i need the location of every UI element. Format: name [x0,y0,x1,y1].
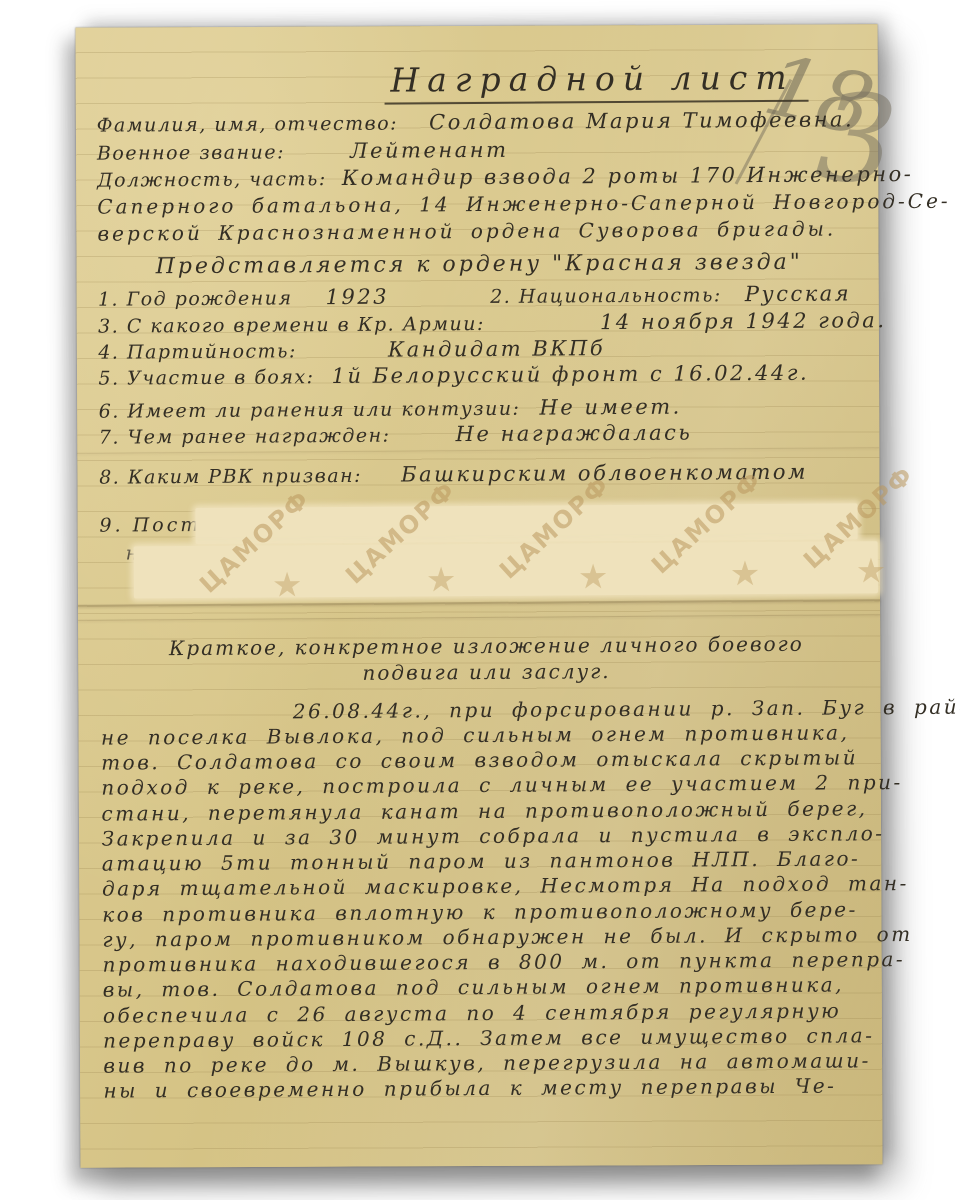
item-party: 4. Партийность: Кандидат ВКПб [98,334,870,363]
item-army-since: 3. С какого времени в Кр. Армии: 14 нояб… [98,308,870,337]
item-birth-nationality: 1. Год рождения 1923 2. Национальность: … [98,281,870,310]
paper-sheet: 18 3 Наградной лист Фамилия, имя, отчест… [76,24,883,1167]
citation-heading-line1: Краткое, конкретное изложение личного бо… [100,631,872,660]
citation-line: ны и своевременно прибыла к месту перепр… [103,1073,875,1102]
citation-line: вы, тов. Солдатова под сильным огнем про… [103,972,875,1001]
army-since-label: 3. С какого времени в Кр. Армии: [98,313,485,338]
position-value: Командир взвода 2 роты 170 Инженерно- [342,162,914,190]
item-combat: 5. Участие в боях: 1й Белорусский фронт … [98,360,870,389]
presented-for-award-line: Представляется к ордену "Красная звезда" [98,249,870,279]
previous-awards-label: 7. Чем ранее награжден: [99,425,391,449]
document-title: Наградной лист [384,58,809,105]
rank-label: Военное звание: [97,141,285,164]
field-position: Должность, часть: Командир взвода 2 роты… [97,162,869,191]
fold-crease [77,447,879,454]
archive-watermark-star-icon: ★ [730,554,761,594]
party-label: 4. Партийность: [98,340,297,363]
page-content: Наградной лист Фамилия, имя, отчество: С… [96,23,876,1168]
field-full-name: Фамилия, имя, отчество: Солдатова Мария … [97,107,869,136]
scanned-document-page: 18 3 Наградной лист Фамилия, имя, отчест… [0,0,960,1200]
position-continuation-2: верской Краснознаменной ордена Суворова … [97,216,869,245]
item-previous-awards: 7. Чем ранее награжден: Не награждалась [99,419,871,448]
nationality-value: Русская [745,281,851,306]
previous-awards-value: Не награждалась [456,421,693,447]
citation-line: даря тщательной маскировке, Несмотря На … [102,871,874,900]
army-since-value: 14 ноября 1942 года. [600,308,887,334]
combat-value: 1й Белорусский фронт с 16.02.44г. [332,361,810,388]
field-rank: Военное звание: Лейтенант [97,135,869,164]
position-label: Должность, часть: [97,168,327,192]
nationality-label: 2. Национальность: [490,284,722,308]
rank-value: Лейтенант [350,138,509,163]
draft-office-label: 8. Каким РВК призван: [99,465,362,489]
wounds-label: 6. Имеет ли ранения или контузии: [99,398,521,423]
party-value: Кандидат ВКПб [388,336,605,362]
wounds-value: Не имеет. [539,395,681,420]
archive-watermark-star-icon: ★ [578,557,609,597]
full-name-label: Фамилия, имя, отчество: [97,113,398,137]
title-line: Наградной лист [384,57,868,104]
fold-crease [78,614,880,621]
archive-watermark-star-icon: ★ [856,551,887,591]
citation-heading-line2: подвига или заслуг. [100,657,872,686]
birth-year-label: 1. Год рождения [98,287,293,310]
item-wounds: 6. Имеет ли ранения или контузии: Не име… [99,393,871,422]
archive-watermark-star-icon: ★ [426,560,457,600]
full-name-value: Солдатова Мария Тимофеевна. [429,107,854,134]
archive-watermark-star-icon: ★ [272,565,303,605]
position-continuation-1: Саперного батальона, 14 Инженерно-Саперн… [97,189,869,218]
birth-year-value: 1923 [326,285,390,309]
combat-label: 5. Участие в боях: [98,366,314,390]
citation-line: подход к реке, построила с личным ее уча… [101,770,873,799]
fold-crease [78,599,880,607]
